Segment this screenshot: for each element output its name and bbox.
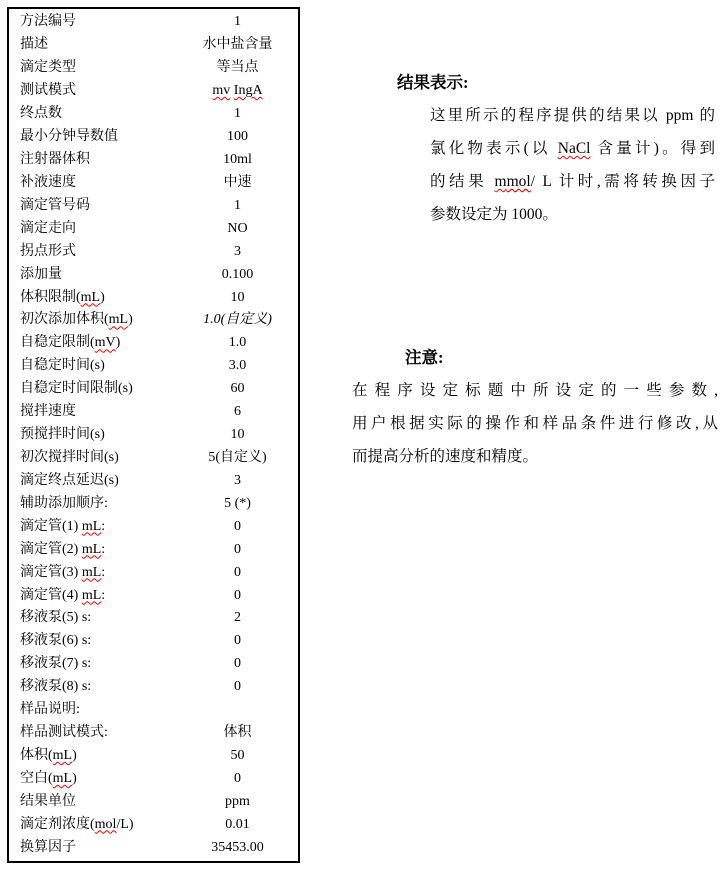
param-value: 0 xyxy=(177,539,298,561)
result-note-block: 结果表示: 这里所示的程序提供的结果以 ppm 的氯化物表示(以 NaCl 含量… xyxy=(352,66,718,231)
table-row: 样品测试模式:体积 xyxy=(9,722,298,745)
note-line: 的结果 mmol/ L 计时,需将转换因子 xyxy=(430,165,715,198)
table-row: 方法编号1 xyxy=(9,11,298,34)
spellcheck-underline: mol xyxy=(95,817,117,832)
table-row: 体积(mL)50 xyxy=(9,745,298,768)
spellcheck-underline: NaCl xyxy=(558,140,591,157)
param-value: 3.0 xyxy=(177,355,298,377)
table-row: 初次添加体积(mL)1.0(自定义) xyxy=(9,309,298,332)
table-row: 滴定管(1) mL:0 xyxy=(9,515,298,538)
param-value: 0 xyxy=(177,516,298,538)
table-row: 滴定管(3) mL:0 xyxy=(9,561,298,584)
table-row: 滴定类型等当点 xyxy=(9,57,298,80)
param-value: 水中盐含量 xyxy=(177,34,298,56)
param-label: 搅拌速度 xyxy=(9,401,177,423)
param-label: 滴定管(1) mL: xyxy=(9,516,177,538)
table-row: 移液泵(7) s:0 xyxy=(9,653,298,676)
table-row: 最小分钟导数值100 xyxy=(9,126,298,149)
table-row: 移液泵(6) s:0 xyxy=(9,630,298,653)
table-row: 样品说明: xyxy=(9,699,298,722)
spellcheck-underline: mmol xyxy=(495,173,531,190)
table-row: 添加量0.100 xyxy=(9,263,298,286)
caution-heading: 注意: xyxy=(405,341,718,374)
spellcheck-underline: mL xyxy=(53,771,72,786)
spellcheck-underline: mol xyxy=(507,173,531,190)
param-value: 0 xyxy=(177,676,298,698)
table-row: 结果单位ppm xyxy=(9,790,298,813)
param-label: 样品测试模式: xyxy=(9,722,177,744)
param-label: 滴定管号码 xyxy=(9,195,177,217)
param-value: 0 xyxy=(177,630,298,652)
table-row: 滴定管号码1 xyxy=(9,194,298,217)
table-row: 自稳定时间限制(s)60 xyxy=(9,378,298,401)
table-row: 滴定管(4) mL:0 xyxy=(9,584,298,607)
param-value: 60 xyxy=(177,378,298,400)
param-value: 体积 xyxy=(177,722,298,744)
table-row: 描述水中盐含量 xyxy=(9,34,298,57)
param-label: 滴定终点延迟(s) xyxy=(9,470,177,492)
param-value: 5 (*) xyxy=(177,493,298,515)
param-value: 1 xyxy=(177,195,298,217)
table-row: 终点数1 xyxy=(9,103,298,126)
param-label: 体积(mL) xyxy=(9,745,177,767)
param-value: 1 xyxy=(177,103,298,125)
param-value: 2 xyxy=(177,607,298,629)
param-value: 0 xyxy=(177,768,298,790)
param-label: 滴定走向 xyxy=(9,218,177,240)
param-value: 0 xyxy=(177,653,298,675)
table-row: 移液泵(8) s:0 xyxy=(9,676,298,699)
param-value: mv IngA xyxy=(177,80,298,102)
table-row: 自稳定限制(mV)1.0 xyxy=(9,332,298,355)
table-row: 移液泵(5) s:2 xyxy=(9,607,298,630)
param-value: 0 xyxy=(177,585,298,607)
result-heading: 结果表示: xyxy=(397,66,718,99)
table-row: 测试模式mv IngA xyxy=(9,80,298,103)
table-row: 体积限制(mL)10 xyxy=(9,286,298,309)
param-value: 10ml xyxy=(177,149,298,171)
notes-column: 结果表示: 这里所示的程序提供的结果以 ppm 的氯化物表示(以 NaCl 含量… xyxy=(352,0,718,871)
param-value: 6 xyxy=(177,401,298,423)
spellcheck-underline: mL xyxy=(82,542,101,557)
table-row: 滴定走向NO xyxy=(9,217,298,240)
param-label: 滴定类型 xyxy=(9,57,177,79)
param-value: 10 xyxy=(177,424,298,446)
param-value: 5(自定义) xyxy=(177,447,298,469)
result-paragraph: 这里所示的程序提供的结果以 ppm 的氯化物表示(以 NaCl 含量计)。得到的… xyxy=(430,99,715,231)
param-label: 测试模式 xyxy=(9,80,177,102)
param-label: 自稳定时间(s) xyxy=(9,355,177,377)
spellcheck-underline: IngA xyxy=(234,83,263,98)
caution-note-block: 注意: 在程序设定标题中所设定的一些参数,用户根据实际的操作和样品条件进行修改,… xyxy=(352,341,718,473)
table-row: 滴定管(2) mL:0 xyxy=(9,538,298,561)
param-value: 0 xyxy=(177,562,298,584)
param-label: 移液泵(6) s: xyxy=(9,630,177,652)
note-line: 而提高分析的速度和精度。 xyxy=(352,440,718,473)
param-label: 补液速度 xyxy=(9,172,177,194)
table-row: 拐点形式3 xyxy=(9,240,298,263)
param-label: 拐点形式 xyxy=(9,241,177,263)
param-label: 预搅拌时间(s) xyxy=(9,424,177,446)
table-row: 初次搅拌时间(s)5(自定义) xyxy=(9,447,298,470)
param-label: 移液泵(7) s: xyxy=(9,653,177,675)
table-row: 注射器体积10ml xyxy=(9,149,298,172)
param-value: 35453.00 xyxy=(177,837,298,859)
param-value: ppm xyxy=(177,791,298,813)
param-value: NO xyxy=(177,218,298,240)
table-row: 自稳定时间(s)3.0 xyxy=(9,355,298,378)
param-label: 添加量 xyxy=(9,264,177,286)
document-page: 方法编号1描述水中盐含量滴定类型等当点测试模式mv IngA终点数1最小分钟导数… xyxy=(0,0,726,871)
param-label: 换算因子 xyxy=(9,837,177,859)
param-value: 中速 xyxy=(177,172,298,194)
caution-paragraph: 在程序设定标题中所设定的一些参数,用户根据实际的操作和样品条件进行修改,从而提高… xyxy=(352,374,718,473)
param-label: 自稳定时间限制(s) xyxy=(9,378,177,400)
param-label: 结果单位 xyxy=(9,791,177,813)
spellcheck-underline: mL xyxy=(53,748,72,763)
param-label: 初次搅拌时间(s) xyxy=(9,447,177,469)
note-line: 这里所示的程序提供的结果以 ppm 的 xyxy=(430,99,715,132)
param-value: 等当点 xyxy=(177,57,298,79)
param-value: 10 xyxy=(177,287,298,309)
spellcheck-underline: mv xyxy=(212,83,230,98)
param-label: 体积限制(mL) xyxy=(9,287,177,309)
param-value: 3 xyxy=(177,241,298,263)
param-label: 注射器体积 xyxy=(9,149,177,171)
param-label: 空白(mL) xyxy=(9,768,177,790)
spellcheck-underline: mL xyxy=(82,588,101,603)
note-line: 氯化物表示(以 NaCl 含量计)。得到 xyxy=(430,132,715,165)
table-row: 搅拌速度6 xyxy=(9,401,298,424)
spellcheck-underline: mL xyxy=(82,519,101,534)
param-label: 滴定管(4) mL: xyxy=(9,585,177,607)
param-label: 滴定管(3) mL: xyxy=(9,562,177,584)
table-row: 滴定剂浓度(mol/L)0.01 xyxy=(9,813,298,836)
spellcheck-underline: mL xyxy=(81,290,100,305)
table-row: 换算因子35453.00 xyxy=(9,836,298,859)
table-row: 辅助添加顺序:5 (*) xyxy=(9,492,298,515)
note-line: 参数设定为 1000。 xyxy=(430,198,715,231)
param-label: 最小分钟导数值 xyxy=(9,126,177,148)
spellcheck-underline: mL xyxy=(82,565,101,580)
table-row: 预搅拌时间(s)10 xyxy=(9,424,298,447)
param-label: 辅助添加顺序: xyxy=(9,493,177,515)
param-label: 方法编号 xyxy=(9,11,177,33)
table-row: 补液速度中速 xyxy=(9,171,298,194)
param-label: 移液泵(5) s: xyxy=(9,607,177,629)
param-value: 1 xyxy=(177,11,298,33)
spellcheck-underline: mV xyxy=(95,335,116,350)
note-line: 在程序设定标题中所设定的一些参数, xyxy=(352,374,718,407)
param-value: 100 xyxy=(177,126,298,148)
note-line: 用户根据实际的操作和样品条件进行修改,从 xyxy=(352,407,718,440)
table-row: 滴定终点延迟(s)3 xyxy=(9,469,298,492)
param-value: 0.01 xyxy=(177,814,298,836)
param-value: 0.100 xyxy=(177,264,298,286)
param-label: 滴定剂浓度(mol/L) xyxy=(9,814,177,836)
param-label: 自稳定限制(mV) xyxy=(9,332,177,354)
table-row: 空白(mL)0 xyxy=(9,767,298,790)
spellcheck-underline: mL xyxy=(109,312,128,327)
param-label: 滴定管(2) mL: xyxy=(9,539,177,561)
param-label: 移液泵(8) s: xyxy=(9,676,177,698)
param-label: 样品说明: xyxy=(9,699,177,721)
param-value: 1.0(自定义) xyxy=(177,309,298,331)
param-label: 描述 xyxy=(9,34,177,56)
param-label: 终点数 xyxy=(9,103,177,125)
param-label: 初次添加体积(mL) xyxy=(9,309,177,331)
param-value: 50 xyxy=(177,745,298,767)
parameter-table: 方法编号1描述水中盐含量滴定类型等当点测试模式mv IngA终点数1最小分钟导数… xyxy=(7,7,300,863)
param-value: 1.0 xyxy=(177,332,298,354)
param-value: 3 xyxy=(177,470,298,492)
